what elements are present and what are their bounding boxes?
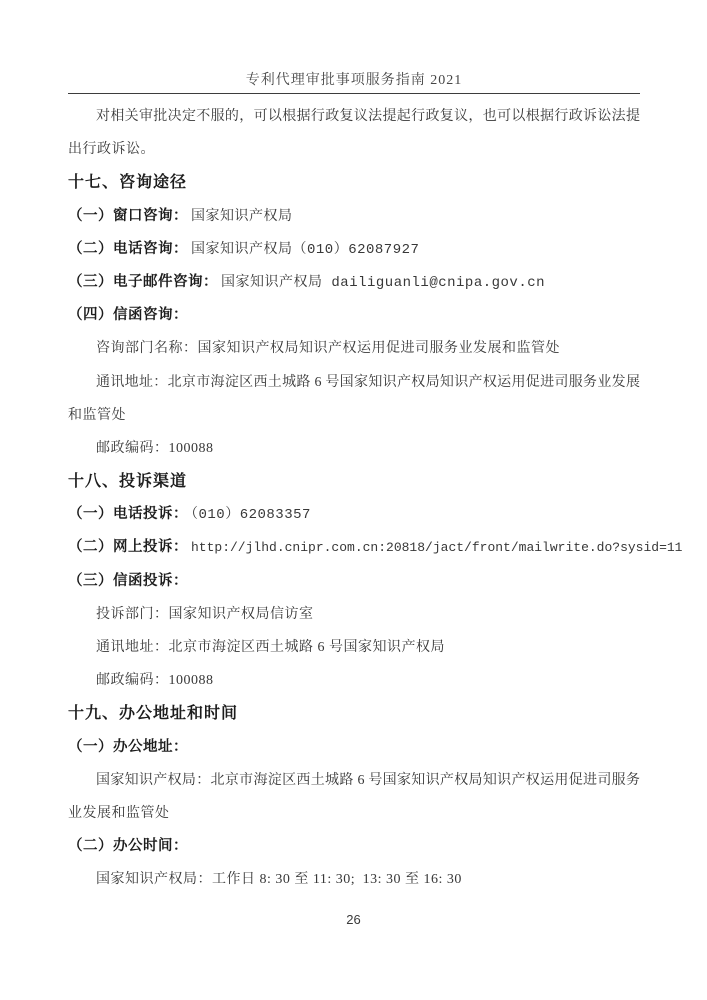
item-label: （四）信函咨询： — [68, 307, 188, 323]
complaint-phone-line: （一）电话投诉：（010）62083357 — [68, 498, 640, 531]
complaint-mail-label-line: （三）信函投诉： — [68, 565, 640, 598]
item-text: 和监管处 — [68, 408, 126, 423]
item-label: （一）窗口咨询： — [68, 208, 188, 224]
complaint-postcode-line: 邮政编码：100088 — [68, 664, 640, 697]
office-hours-label-line: （二）办公时间： — [68, 830, 640, 863]
item-text: 邮政编码：100088 — [96, 673, 214, 688]
section-18-heading: 十八、投诉渠道 — [68, 465, 640, 498]
item-label: （一）办公地址： — [68, 739, 188, 755]
item-value: 国家知识产权局 dailiguanli@cnipa.gov.cn — [221, 275, 545, 291]
item-text: 咨询部门名称：国家知识产权局知识产权运用促进司服务业发展和监管处 — [96, 341, 560, 356]
item-text: 投诉部门：国家知识产权局信访室 — [96, 607, 314, 622]
intro-paragraph-line-2: 出行政诉讼。 — [68, 133, 640, 166]
consult-email-line: （三）电子邮件咨询：国家知识产权局 dailiguanli@cnipa.gov.… — [68, 266, 640, 299]
item-label: （三）信函投诉： — [68, 573, 188, 589]
item-label: （二）办公时间： — [68, 838, 188, 854]
item-text: 通讯地址：北京市海淀区西土城路 6 号国家知识产权局知识产权运用促进司服务业发展 — [96, 375, 640, 390]
intro-text: 对相关审批决定不服的，可以根据行政复议法提起行政复议，也可以根据行政诉讼法提 — [96, 109, 640, 124]
consult-address-line-1: 通讯地址：北京市海淀区西土城路 6 号国家知识产权局知识产权运用促进司服务业发展 — [68, 366, 640, 399]
complaint-dept-line: 投诉部门：国家知识产权局信访室 — [68, 598, 640, 631]
item-label: （二）网上投诉： — [68, 539, 188, 555]
item-text: 业发展和监管处 — [68, 806, 170, 821]
consult-address-line-2: 和监管处 — [68, 399, 640, 432]
section-17-heading: 十七、咨询途径 — [68, 166, 640, 199]
item-text: 邮政编码：100088 — [96, 441, 214, 456]
item-label: （三）电子邮件咨询： — [68, 274, 218, 290]
item-text: 国家知识产权局：工作日 8: 30 至 11: 30; 13: 30 至 16:… — [96, 872, 462, 887]
item-text: 通讯地址：北京市海淀区西土城路 6 号国家知识产权局 — [96, 640, 445, 655]
header-title: 专利代理审批事项服务指南 2021 — [68, 69, 640, 93]
complaint-web-line: （二）网上投诉：http://jlhd.cnipr.com.cn:20818/j… — [68, 531, 640, 564]
item-label: （二）电话咨询： — [68, 241, 188, 257]
consult-postcode-line: 邮政编码：100088 — [68, 432, 640, 465]
header-rule — [68, 93, 640, 94]
complaint-address-line: 通讯地址：北京市海淀区西土城路 6 号国家知识产权局 — [68, 631, 640, 664]
document-body: 对相关审批决定不服的，可以根据行政复议法提起行政复议，也可以根据行政诉讼法提 出… — [68, 100, 640, 897]
consult-mail-label-line: （四）信函咨询： — [68, 299, 640, 332]
item-label: （一）电话投诉： — [68, 506, 188, 522]
document-page: 专利代理审批事项服务指南 2021 对相关审批决定不服的，可以根据行政复议法提起… — [0, 0, 707, 1000]
office-address-label-line: （一）办公地址： — [68, 731, 640, 764]
intro-paragraph-line-1: 对相关审批决定不服的，可以根据行政复议法提起行政复议，也可以根据行政诉讼法提 — [68, 100, 640, 133]
consult-window-line: （一）窗口咨询：国家知识产权局 — [68, 200, 640, 233]
consult-phone-line: （二）电话咨询：国家知识产权局（010）62087927 — [68, 233, 640, 266]
item-value: 国家知识产权局 — [191, 209, 293, 224]
item-value: （010）62083357 — [191, 507, 311, 523]
office-hours-line: 国家知识产权局：工作日 8: 30 至 11: 30; 13: 30 至 16:… — [68, 863, 640, 896]
page-number: 26 — [0, 908, 707, 932]
item-value: 国家知识产权局（010）62087927 — [191, 242, 419, 258]
section-19-heading: 十九、办公地址和时间 — [68, 697, 640, 730]
complaint-url: http://jlhd.cnipr.com.cn:20818/jact/fron… — [191, 540, 682, 555]
item-text: 国家知识产权局：北京市海淀区西土城路 6 号国家知识产权局知识产权运用促进司服务 — [96, 773, 640, 788]
consult-dept-line: 咨询部门名称：国家知识产权局知识产权运用促进司服务业发展和监管处 — [68, 332, 640, 365]
office-address-line-1: 国家知识产权局：北京市海淀区西土城路 6 号国家知识产权局知识产权运用促进司服务 — [68, 764, 640, 797]
office-address-line-2: 业发展和监管处 — [68, 797, 640, 830]
intro-text: 出行政诉讼。 — [68, 142, 155, 157]
